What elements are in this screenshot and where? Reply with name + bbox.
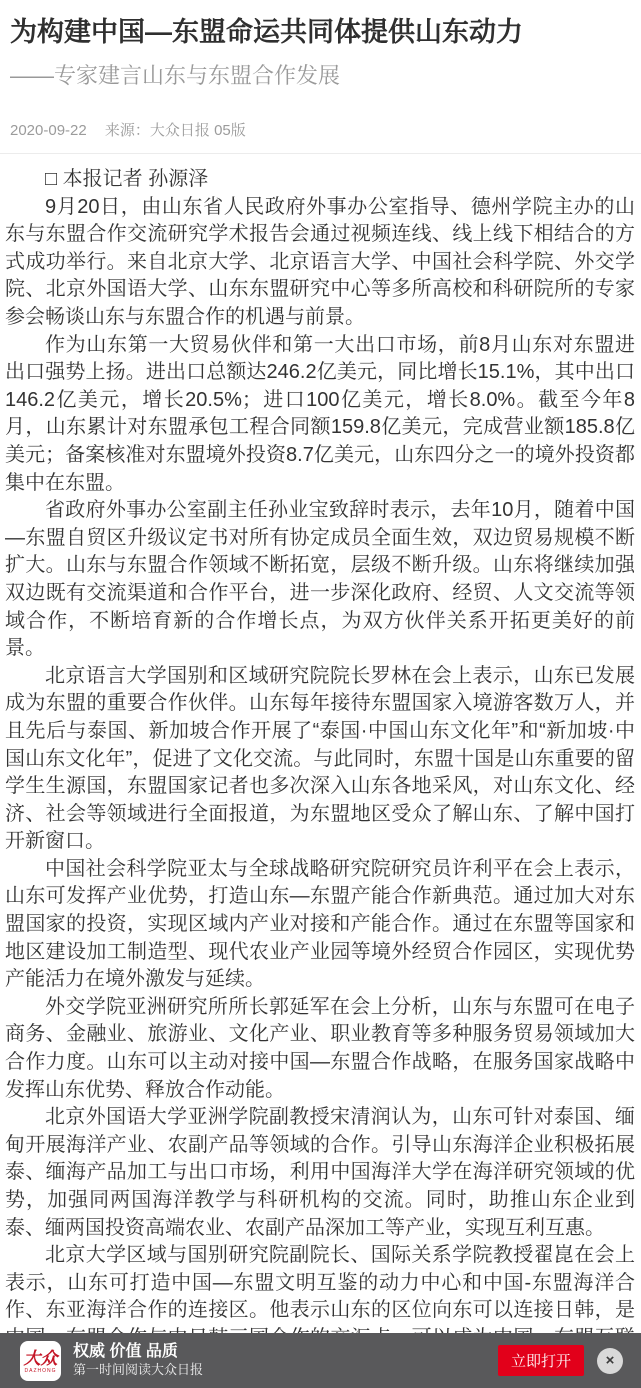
article-body: □ 本报记者 孙源泽 9月20日，由山东省人民政府外事办公室指导、德州学院主办的… [0,154,641,1380]
article-paragraph: 中国社会科学院亚太与全球战略研究院研究员许利平在会上表示，山东可发挥产业优势，打… [5,856,635,994]
open-app-button[interactable]: 立即打开 [498,1345,584,1376]
article-paragraph: 外交学院亚洲研究所所长郭延军在会上分析，山东与东盟可在电子商务、金融业、旅游业、… [5,994,635,1104]
app-logo-text: 大众 [24,1350,58,1367]
article-paragraph: 作为山东第一大贸易伙伴和第一大出口市场，前8月山东对东盟进出口强势上扬。进出口总… [5,332,635,498]
banner-slogans: 权威 价值 品质 第一时间阅读大众日报 [73,1342,498,1379]
article-source: 来源：大众日报 05版 [105,122,246,139]
banner-slogan-secondary: 第一时间阅读大众日报 [73,1362,498,1379]
article-page: 为构建中国—东盟命运共同体提供山东动力 ——专家建言山东与东盟合作发展 2020… [0,0,641,1380]
banner-slogan-primary: 权威 价值 品质 [73,1342,498,1362]
article-meta: 2020-09-22 来源：大众日报 05版 [10,119,631,140]
article-paragraph: 省政府外事办公室副主任孙业宝致辞时表示，去年10月，随着中国—东盟自贸区升级议定… [5,497,635,663]
article-byline: □ 本报记者 孙源泽 [5,166,635,194]
article-subtitle: ——专家建言山东与东盟合作发展 [10,62,631,91]
article-paragraph: 9月20日，由山东省人民政府外事办公室指导、德州学院主办的山东与东盟合作交流研究… [5,194,635,332]
app-logo-subtext: DAZHONG [25,1367,57,1375]
article-paragraph: 北京外国语大学亚洲学院副教授宋清润认为，山东可针对泰国、缅甸开展海洋产业、农副产… [5,1104,635,1242]
app-download-banner: 大众 DAZHONG 权威 价值 品质 第一时间阅读大众日报 立即打开 × [0,1333,641,1388]
article-header: 为构建中国—东盟命运共同体提供山东动力 ——专家建言山东与东盟合作发展 2020… [0,0,641,140]
banner-close-button[interactable]: × [597,1348,623,1374]
article-title: 为构建中国—东盟命运共同体提供山东动力 [10,14,631,50]
close-icon: × [606,1352,615,1369]
article-date: 2020-09-22 [10,122,87,139]
article-paragraph: 北京语言大学国别和区域研究院院长罗林在会上表示，山东已发展成为东盟的重要合作伙伴… [5,663,635,856]
article-paragraphs: 9月20日，由山东省人民政府外事办公室指导、德州学院主办的山东与东盟合作交流研究… [5,194,635,1381]
dazhong-app-icon: 大众 DAZHONG [20,1341,61,1381]
